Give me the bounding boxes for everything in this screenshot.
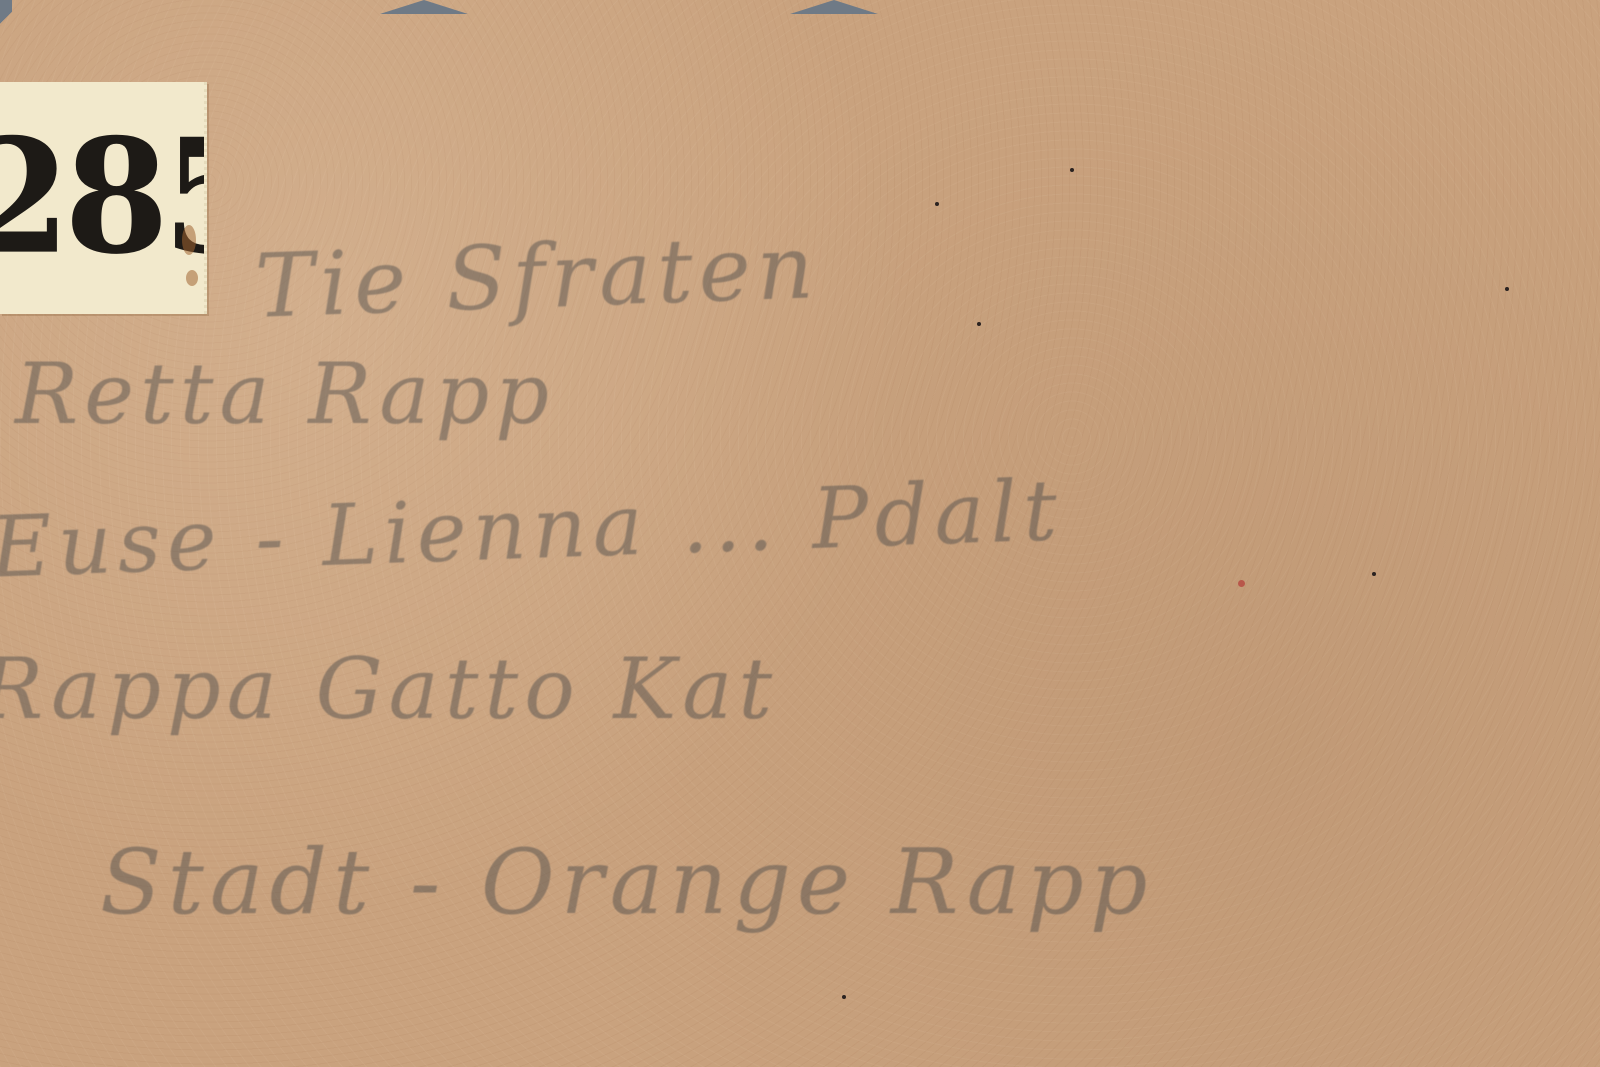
- speck: [935, 202, 939, 206]
- speck: [1070, 168, 1074, 172]
- speck: [842, 995, 846, 999]
- handwriting-line-2: Retta Rapp: [15, 345, 555, 443]
- red-speck: [1238, 580, 1245, 587]
- handwriting-line-4: Rappa Gatto Kat: [0, 640, 778, 738]
- handwriting-line-1: Tie Sfraten: [253, 215, 821, 338]
- handwriting-line-3: Euse - Lienna ... Pdalt: [0, 461, 1065, 596]
- number-label: 285: [0, 82, 207, 314]
- metal-tab: [790, 0, 878, 14]
- rust-stain: [186, 270, 198, 286]
- rust-stain: [182, 225, 196, 255]
- label-number: 285: [0, 118, 207, 276]
- speck: [1372, 572, 1376, 576]
- speck: [977, 322, 981, 326]
- handwriting-line-5: Stadt - Orange Rapp: [100, 830, 1154, 935]
- speck: [1505, 287, 1509, 291]
- metal-tab-left-edge: [0, 0, 12, 36]
- metal-tab: [380, 0, 468, 14]
